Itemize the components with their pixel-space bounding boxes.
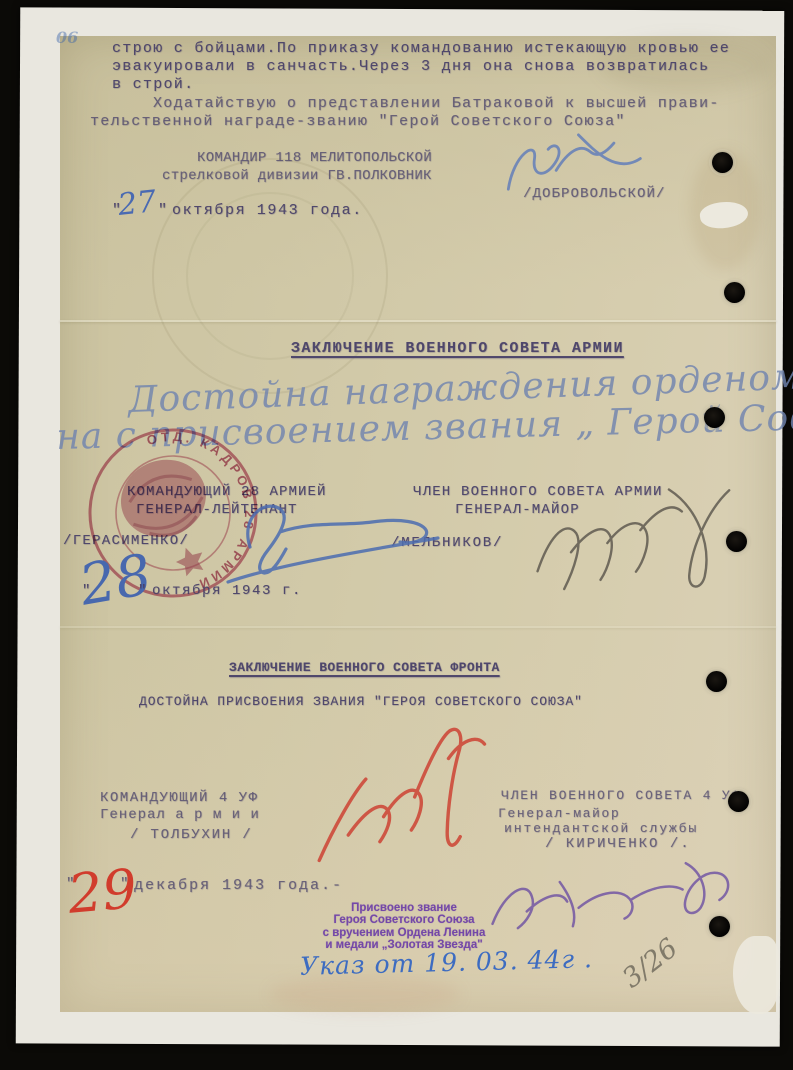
punch-hole bbox=[724, 282, 745, 303]
punch-hole bbox=[728, 791, 749, 812]
signature-gerasimenko bbox=[220, 492, 455, 587]
front-council-verdict: ДОСТОЙНА ПРИСВОЕНИЯ ЗВАНИЯ "ГЕРОЯ СОВЕТС… bbox=[139, 694, 583, 709]
commander-title: КОМАНДИР 118 МЕЛИТОПОЛЬСКОЙ bbox=[197, 150, 432, 166]
award-stamp-line: с вручением Ордена Ленина bbox=[315, 927, 493, 939]
paper-crease bbox=[60, 626, 776, 628]
award-stamp-line: Присвоено звание bbox=[315, 902, 493, 914]
award-stamp: Присвоено звание Героя Советского Союза … bbox=[315, 902, 493, 952]
front-council-heading: ЗАКЛЮЧЕНИЕ ВОЕННОГО СОВЕТА ФРОНТА bbox=[229, 660, 500, 675]
front-left-name: / ТОЛБУХИН / bbox=[130, 827, 252, 843]
commander-date: октября 1943 года. bbox=[172, 202, 363, 219]
intro-line: тельственной награде-званию "Герой Совет… bbox=[90, 113, 626, 130]
date-quote: " bbox=[120, 876, 130, 892]
intro-line: строю с бойцами.По приказу командованию … bbox=[112, 40, 730, 57]
handwritten-day: 27 bbox=[116, 184, 158, 223]
punch-hole bbox=[706, 671, 727, 692]
intro-line: эвакуировали в санчасть.Через 3 дня она … bbox=[112, 58, 709, 75]
punch-hole bbox=[726, 531, 747, 552]
signature-kirichenko bbox=[473, 840, 764, 955]
intro-line: в строй. bbox=[112, 76, 194, 93]
front-left-title: Генерал а р м и и bbox=[100, 807, 260, 823]
intro-line: Ходатайствую о представлении Батраковой … bbox=[153, 95, 720, 112]
front-right-title: Генерал-майор bbox=[498, 806, 620, 821]
award-stamp-line: Героя Советского Союза bbox=[315, 914, 493, 926]
handwritten-day: 28 bbox=[75, 542, 156, 618]
date-quote: " bbox=[158, 202, 168, 219]
commander-title: стрелковой дивизии ГВ.ПОЛКОВНИК bbox=[162, 168, 432, 184]
front-date: декабря 1943 года.- bbox=[134, 877, 343, 894]
front-right-title: ЧЛЕН ВОЕННОГО СОВЕТА 4 УФ bbox=[501, 788, 741, 803]
punch-hole bbox=[709, 916, 730, 937]
punch-hole bbox=[704, 407, 725, 428]
corner-number: 06 bbox=[56, 28, 78, 47]
army-date: октября 1943 г. bbox=[152, 583, 302, 599]
front-right-title: интендантской службы bbox=[504, 821, 698, 836]
army-council-heading: ЗАКЛЮЧЕНИЕ ВОЕННОГО СОВЕТА АРМИИ bbox=[291, 340, 624, 357]
front-left-title: КОМАНДУЮЩИЙ 4 УФ bbox=[100, 790, 258, 806]
worn-corner bbox=[733, 936, 779, 1014]
punch-hole bbox=[712, 152, 733, 173]
date-quote: " bbox=[138, 583, 148, 599]
scanned-award-document: 06 строю с бойцами.По приказу командован… bbox=[0, 0, 793, 1070]
